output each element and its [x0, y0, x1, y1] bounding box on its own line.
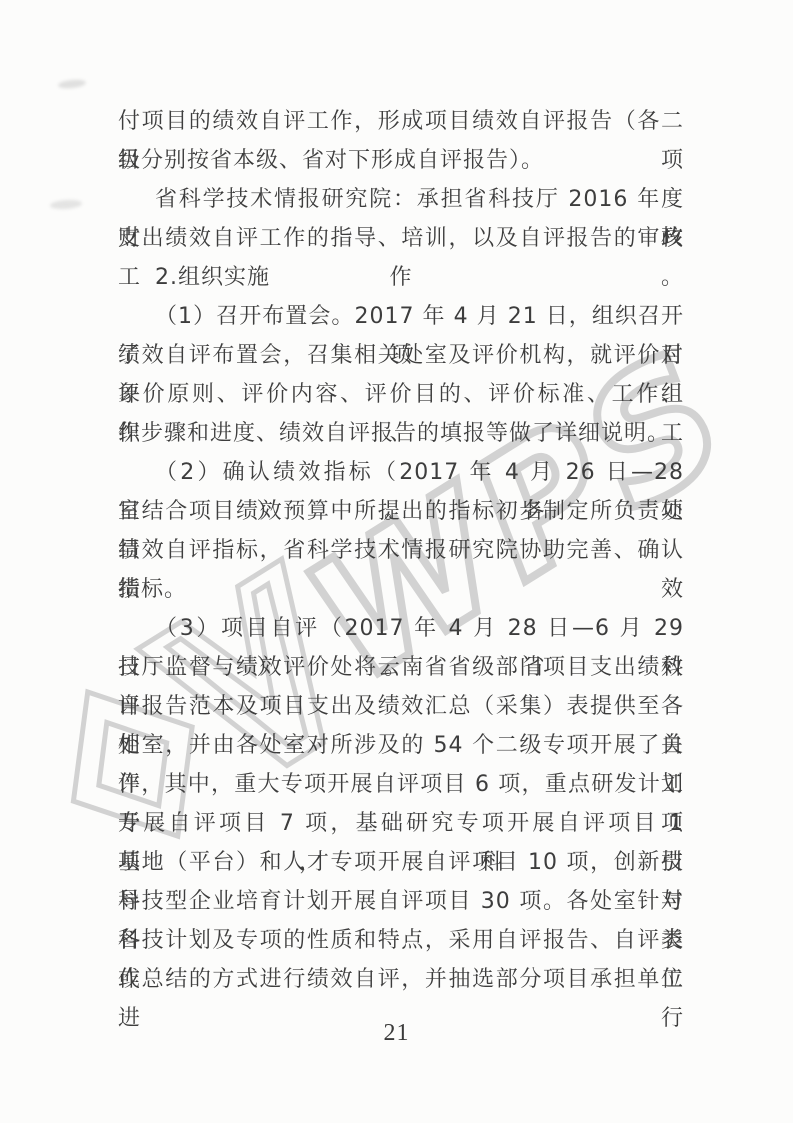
scan-smudge: [58, 79, 87, 90]
text-line: 技厅监督与绩效评价处将云南省省级部门项目支出绩效自: [118, 648, 684, 687]
page-number: 21: [0, 1020, 793, 1047]
text-line: 室结合项目绩效预算中所提出的指标初步制定所负责项目: [118, 492, 684, 531]
text-line: （1）召开布置会。2017 年 4 月 21 日，组织召开了项目: [118, 297, 684, 336]
text-line: 作，其中，重大专项开展自评项目 6 项，重点研发计划专项: [118, 765, 684, 804]
text-line: （3）项目自评（2017 年 4 月 28 日—6 月 29 日）。省科: [118, 609, 684, 648]
document-page: WPS 付项目的绩效自评工作，形成项目绩效自评报告（各二级项目分别按省本级、省对…: [0, 0, 793, 1123]
text-line: 付项目的绩效自评工作，形成项目绩效自评报告（各二级项: [118, 102, 684, 141]
text-line: 科技计划及专项的性质和特点，采用自评报告、自评表或工: [118, 921, 684, 960]
text-line: 评报告范本及项目支出及绩效汇总（采集）表提供至各相关: [118, 687, 684, 726]
text-line: 评价原则、评价内容、评价目的、评价标准、工作组织、工: [118, 375, 684, 414]
text-line: 基地（平台）和人才专项开展自评项目 10 项，创新引导与: [118, 843, 684, 882]
text-line: 省科学技术情报研究院：承担省科技厅 2016 年度财政: [118, 180, 684, 219]
text-line: 绩效自评布置会，召集相关处室及评价机构，就评价对象、: [118, 336, 684, 375]
text-line: 绩效自评指标，省科学技术情报研究院协助完善、确认绩效: [118, 531, 684, 570]
text-line: 支出绩效自评工作的指导、培训，以及自评报告的审核工作。: [118, 219, 684, 258]
text-body: 付项目的绩效自评工作，形成项目绩效自评报告（各二级项目分别按省本级、省对下形成自…: [118, 102, 684, 999]
scan-smudge: [50, 199, 83, 210]
text-line: 作步骤和进度、绩效自评报告的填报等做了详细说明。: [118, 414, 684, 453]
text-line: 处室，并由各处室对所涉及的 54 个二级专项开展了自评工: [118, 726, 684, 765]
text-line: （2）确认绩效指标（2017 年 4 月 26 日—28 日）。各处: [118, 453, 684, 492]
text-line: 作总结的方式进行绩效自评，并抽选部分项目承担单位进行: [118, 960, 684, 999]
text-line: 科技型企业培育计划开展自评项目 30 项。各处室针对各类: [118, 882, 684, 921]
text-line: 开展自评项目 7 项，基础研究专项开展自评项目 1 项，科技: [118, 804, 684, 843]
